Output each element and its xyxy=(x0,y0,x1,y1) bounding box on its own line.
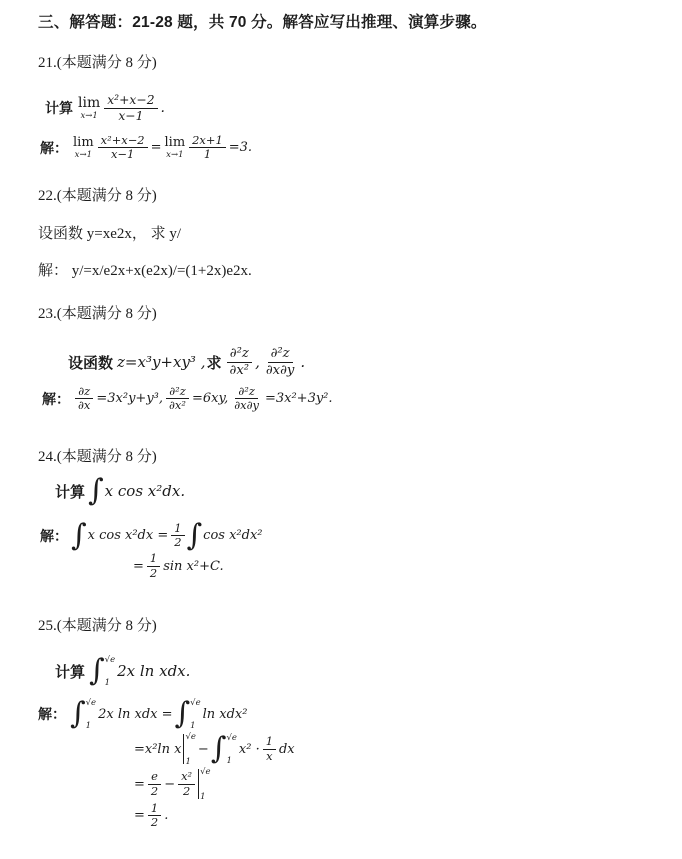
fraction: 2x+1 1 xyxy=(189,134,226,162)
evaluation-bar: √e 1 xyxy=(183,732,195,767)
fraction-numerator: x²+x−2 xyxy=(104,93,157,109)
differential: dx xyxy=(279,742,295,757)
solution-label: 解： xyxy=(38,704,66,724)
problem-21: 21.(本题满分 8 分) 计算 lim x→1 x²+x−2 x−1 . 解：… xyxy=(38,53,672,162)
period: . xyxy=(300,353,305,371)
fraction-denominator: 2 xyxy=(171,536,184,550)
equals-sign: = xyxy=(134,808,145,823)
first-partial-result: =3x²y+y³, xyxy=(96,391,163,406)
partial-derivative-fraction: ∂z ∂x xyxy=(75,385,93,413)
fraction-numerator: ∂z xyxy=(75,385,93,400)
exam-solutions-page: 三、解答题：21-28 题，共 70 分。解答应写出推理、演算步骤。 21.(本… xyxy=(0,0,682,859)
fraction: x²+x−2 x−1 xyxy=(98,134,148,162)
partial-derivative-fraction: ∂²z ∂x² xyxy=(227,346,253,379)
problem-24-title: 24.(本题满分 8 分) xyxy=(38,447,672,467)
problem-25-solution-line-1: 解： ∫ √e 1 2x ln xdx = ∫ √e 1 ln xdx² xyxy=(38,697,672,732)
integral-sign: ∫ xyxy=(88,477,104,506)
fraction-numerator: 2x+1 xyxy=(189,134,226,149)
fraction-numerator: x²+x−2 xyxy=(98,134,148,149)
partial-derivative-fraction: ∂²z ∂x∂y xyxy=(231,385,262,413)
solution-label: 解： xyxy=(40,526,68,546)
limit-subscript: x→1 xyxy=(166,151,183,160)
integrand: x cos x²dx = xyxy=(88,528,169,543)
reciprocal-fraction: 1 x xyxy=(263,735,276,763)
definite-integral: ∫ √e 1 xyxy=(211,732,237,767)
evaluation-lower-bound: 1 xyxy=(185,758,195,767)
fraction-denominator: ∂x∂y xyxy=(231,399,262,413)
integral-sign: ∫ xyxy=(175,700,191,729)
period: . xyxy=(164,808,168,823)
minus-sign: − xyxy=(198,742,209,757)
one-half-fraction: 1 2 xyxy=(171,522,184,550)
integral-upper-bound: √e xyxy=(105,656,115,665)
find-label: 求 xyxy=(207,352,222,373)
antiderivative-result: sin x²+C. xyxy=(163,559,223,574)
integral-lower-bound: 1 xyxy=(190,722,200,731)
compute-label: 计算 xyxy=(45,98,73,118)
integral-lower-bound: 1 xyxy=(105,679,115,688)
result-value: =3. xyxy=(229,140,252,155)
definite-integral: ∫ √e 1 xyxy=(70,697,96,732)
fraction-numerator: 1 xyxy=(263,735,276,750)
evaluation-bar: √e 1 xyxy=(198,767,210,802)
fraction-numerator: ∂²z xyxy=(166,385,189,400)
integrand-factor: x² · xyxy=(239,742,260,757)
definite-integral: ∫ √e 1 xyxy=(89,654,115,689)
integral-sign: ∫ xyxy=(71,522,87,551)
fraction-denominator: x xyxy=(263,750,275,764)
limit-operator: lim x→1 xyxy=(165,136,186,159)
integral-lower-bound: 1 xyxy=(86,722,96,731)
problem-22-title: 22.(本题满分 8 分) xyxy=(38,186,672,206)
problem-23-title: 23.(本题满分 8 分) xyxy=(38,304,672,324)
fraction-numerator: 1 xyxy=(147,552,160,567)
fraction-denominator: x−1 xyxy=(115,109,146,124)
fraction-denominator: ∂x∂y xyxy=(263,363,298,379)
problem-22-solution: 解： y/=x/e2x+x(e2x)/=(1+2x)e2x. xyxy=(38,261,672,281)
partial-derivative-fraction: ∂²z ∂x∂y xyxy=(263,346,298,379)
problem-25-question: 计算 ∫ √e 1 2x ln xdx. xyxy=(55,654,672,689)
integral-sign: ∫ xyxy=(89,657,105,686)
problem-21-question: 计算 lim x→1 x²+x−2 x−1 . xyxy=(45,93,672,124)
integration-by-parts-term: =x²ln x xyxy=(134,742,181,757)
problem-23-question: 设函数 z=x³y+xy³ , 求 ∂²z ∂x² , ∂²z ∂x∂y . xyxy=(68,346,672,379)
one-half-fraction: 1 2 xyxy=(148,802,161,830)
limit-operator: lim x→1 xyxy=(73,136,94,159)
problem-25-title: 25.(本题满分 8 分) xyxy=(38,616,672,636)
problem-22: 22.(本题满分 8 分) 设函数 y=xe2x， 求 y/ 解： y/=x/e… xyxy=(38,186,672,281)
partial-derivative-fraction: ∂²z ∂x² xyxy=(166,385,189,413)
evaluation-upper-bound: √e xyxy=(185,733,195,742)
problem-25-solution-line-4: = 1 2 . xyxy=(133,802,672,830)
one-half-fraction: 1 2 xyxy=(147,552,160,580)
problem-23-solution: 解： ∂z ∂x =3x²y+y³, ∂²z ∂x² =6xy, ∂²z ∂x∂… xyxy=(42,385,672,413)
equals-sign: = xyxy=(133,559,144,574)
second-partial-result: =6xy, xyxy=(192,391,228,406)
problem-24-question: 计算 ∫ x cos x²dx. xyxy=(55,477,672,506)
fraction-denominator: 2 xyxy=(148,785,161,799)
limit-subscript: x→1 xyxy=(80,112,97,121)
x-squared-over-two-fraction: x² 2 xyxy=(178,770,195,798)
fraction-denominator: ∂x xyxy=(75,399,93,413)
compute-label: 计算 xyxy=(55,661,85,682)
integral-lower-bound: 1 xyxy=(226,757,236,766)
limit-label: lim xyxy=(73,136,94,149)
fraction-numerator: ∂²z xyxy=(227,346,252,363)
function-expression: z=x³y+xy³ , xyxy=(117,353,205,371)
integrand: x cos x²dx. xyxy=(105,482,185,500)
fraction-denominator: 2 xyxy=(148,816,161,830)
fraction-numerator: x² xyxy=(178,770,195,785)
evaluation-lower-bound: 1 xyxy=(200,793,210,802)
problem-22-question: 设函数 y=xe2x， 求 y/ xyxy=(38,224,672,244)
integrand: cos x²dx² xyxy=(203,528,262,543)
limit-label: lim xyxy=(165,136,186,149)
fraction-numerator: 1 xyxy=(171,522,184,537)
problem-25: 25.(本题满分 8 分) 计算 ∫ √e 1 2x ln xdx. 解： ∫ … xyxy=(38,616,672,830)
given-function-label: 设函数 xyxy=(68,352,113,373)
problem-25-solution-line-3: = e 2 − x² 2 √e 1 xyxy=(133,767,672,802)
evaluation-bounds: √e 1 xyxy=(199,767,210,802)
comma: , xyxy=(255,353,260,371)
equals-sign: = xyxy=(151,140,162,155)
fraction: x²+x−2 x−1 xyxy=(104,93,157,124)
limit-subscript: x→1 xyxy=(75,151,92,160)
evaluation-upper-bound: √e xyxy=(200,768,210,777)
evaluation-bounds: √e 1 xyxy=(184,732,195,767)
limit-operator: lim x→1 xyxy=(78,96,100,120)
problem-25-solution-line-2: =x²ln x √e 1 − ∫ √e 1 x² · 1 x xyxy=(133,732,672,767)
minus-sign: − xyxy=(164,777,175,792)
fraction-denominator: ∂x² xyxy=(166,399,189,413)
integral-upper-bound: √e xyxy=(226,734,236,743)
integral-sign: ∫ xyxy=(211,735,227,764)
integral-bounds: √e 1 xyxy=(86,697,96,732)
period: . xyxy=(161,100,165,116)
equals-sign: = xyxy=(134,777,145,792)
solution-label: 解： xyxy=(40,138,68,158)
fraction-denominator: x−1 xyxy=(108,148,137,162)
fraction-denominator: 2 xyxy=(147,567,160,581)
integrand: 2x ln xdx = xyxy=(98,707,172,722)
integral-sign: ∫ xyxy=(70,700,86,729)
e-over-two-fraction: e 2 xyxy=(148,770,161,798)
mixed-partial-result: =3x²+3y². xyxy=(265,391,333,406)
problem-23: 23.(本题满分 8 分) 设函数 z=x³y+xy³ , 求 ∂²z ∂x² … xyxy=(38,304,672,413)
problem-24: 24.(本题满分 8 分) 计算 ∫ x cos x²dx. 解： ∫ x co… xyxy=(38,447,672,580)
solution-label: 解： xyxy=(42,389,70,409)
definite-integral: ∫ √e 1 xyxy=(175,697,201,732)
integral-upper-bound: √e xyxy=(190,699,200,708)
integral-bounds: √e 1 xyxy=(226,732,236,767)
problem-24-solution-line-2: = 1 2 sin x²+C. xyxy=(132,552,672,580)
fraction-numerator: ∂²z xyxy=(235,385,258,400)
fraction-numerator: ∂²z xyxy=(268,346,293,363)
integral-bounds: √e 1 xyxy=(105,654,115,689)
problem-24-solution-line-1: 解： ∫ x cos x²dx = 1 2 ∫ cos x²dx² xyxy=(40,522,672,551)
fraction-denominator: 1 xyxy=(201,148,214,162)
integral-sign: ∫ xyxy=(187,522,203,551)
integrand: 2x ln xdx. xyxy=(117,662,190,680)
section-header: 三、解答题：21-28 题，共 70 分。解答应写出推理、演算步骤。 xyxy=(38,10,672,32)
integrand: ln xdx² xyxy=(203,707,248,722)
fraction-denominator: 2 xyxy=(180,785,193,799)
compute-label: 计算 xyxy=(55,481,85,502)
fraction-numerator: e xyxy=(148,770,161,785)
integral-bounds: √e 1 xyxy=(190,697,200,732)
problem-21-title: 21.(本题满分 8 分) xyxy=(38,53,672,73)
fraction-denominator: ∂x² xyxy=(227,363,253,379)
integral-upper-bound: √e xyxy=(86,699,96,708)
fraction-numerator: 1 xyxy=(148,802,161,817)
limit-label: lim xyxy=(78,96,100,110)
problem-21-solution: 解： lim x→1 x²+x−2 x−1 = lim x→1 2x+1 1 =… xyxy=(40,134,672,162)
